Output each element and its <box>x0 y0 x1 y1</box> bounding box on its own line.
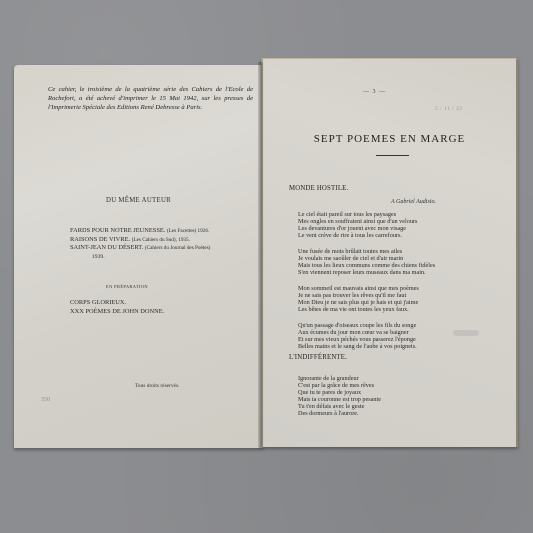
work-item: RAISONS DE VIVRE. (Les Cahiers du Sud), … <box>70 236 250 245</box>
in-preparation-list: CORPS GLORIEUX. XXX POÈMES DE JOHN DONNE… <box>70 298 164 316</box>
verse-line: Mes ongles en souffraient ainsi que d'un… <box>298 218 498 225</box>
section-title-monde-hostile: MONDE HOSTILE. <box>289 185 348 192</box>
work-note: (Les Facettes) 1926. <box>167 228 209 234</box>
work-title: SAINT-JEAN DU DÉSERT. <box>70 244 143 251</box>
in-preparation-label: EN PRÉPARATION <box>106 284 148 289</box>
verse-line: Mais ta couronne est trop pesante <box>298 396 381 403</box>
verse-line: Je voulais me saoûler de ciel et d'air m… <box>298 255 498 262</box>
stanza: Le ciel était pareil sur tous les paysag… <box>298 211 498 239</box>
dedication: A Gabriel Audisio. <box>391 199 436 205</box>
same-author-heading: DU MÊME AUTEUR <box>14 197 263 204</box>
right-page: — 3 — 5 / 11 / 22 SEPT POEMES EN MARGE M… <box>261 58 518 447</box>
verse-line: Tu t'en défais avec le geste <box>298 403 381 410</box>
work-note: (Cahiers du Journal des Poètes) <box>145 245 210 251</box>
poem-indifferente: Ignorante de la grandeur C'est par la gr… <box>298 375 381 418</box>
verse-line: Je ne sais pas trouver les rêves qu'il m… <box>298 292 498 299</box>
verse-line: S'en viennent reposer leurs museaux dans… <box>298 269 498 276</box>
verse-line: Des dormeurs à l'aurore. <box>298 410 381 417</box>
work-note: (Les Cahiers du Sud), 1935. <box>132 237 190 243</box>
colophon: Ce cahier, le troisième de la quatrième … <box>48 85 253 113</box>
stanza: Mon sommeil est mauvais ainsi que mes po… <box>298 285 498 313</box>
verse-line: Belles mains et le sang de l'aube à vos … <box>298 343 498 350</box>
verse-line: Une fusée de mots brûlait toutes mes ail… <box>298 248 498 255</box>
verse-line: Mon sommeil est mauvais ainsi que mes po… <box>298 285 498 292</box>
section-title-indifferente: L'INDIFFÉRENTE. <box>289 354 347 361</box>
left-page: Ce cahier, le troisième de la quatrième … <box>14 65 263 448</box>
verse-line: Le vent crève de rire à tous les carrefo… <box>298 232 498 239</box>
verse-line: Les bêtes de ma vie ont toutes les yeux … <box>298 306 498 313</box>
title-divider <box>376 155 409 156</box>
in-preparation-item: CORPS GLORIEUX. <box>70 298 164 307</box>
works-list: FARDS POUR NOTRE JEUNESSE. (Les Facettes… <box>70 227 250 261</box>
work-title: FARDS POUR NOTRE JEUNESSE. <box>70 227 165 234</box>
verse-line: Le ciel était pareil sur tous les paysag… <box>298 211 498 218</box>
stanza: Une fusée de mots brûlait toutes mes ail… <box>298 248 498 276</box>
verse-line: Et sur mes vieux péchés vous passerez l'… <box>298 336 498 343</box>
verse-line: Que tu te pares de joyaux <box>298 389 381 396</box>
work-year: 1939. <box>70 253 250 262</box>
page-number: — 3 — <box>363 89 386 95</box>
pencil-mark: 5 / 11 / 22 <box>435 106 463 112</box>
work-item: FARDS POUR NOTRE JEUNESSE. (Les Facettes… <box>70 227 250 236</box>
poem-collection-title: SEPT POEMES EN MARGE <box>263 133 516 145</box>
pencil-mark: 350 <box>41 397 50 403</box>
verse-line: Mais tous les lieux communs comme des ch… <box>298 262 498 269</box>
verse-line: Ignorante de la grandeur <box>298 375 381 382</box>
work-title: RAISONS DE VIVRE. <box>70 236 130 243</box>
pencil-smudge <box>453 330 479 336</box>
rights-notice: Tous droits réservés. <box>135 383 179 389</box>
verse-line: C'est par la grâce de mes rêves <box>298 382 381 389</box>
in-preparation-item: XXX POÈMES DE JOHN DONNE. <box>70 307 164 316</box>
poem-monde-hostile: Le ciel était pareil sur tous les paysag… <box>298 211 498 359</box>
work-item: SAINT-JEAN DU DÉSERT. (Cahiers du Journa… <box>70 244 250 261</box>
verse-line: Les devantures d'or jouent avec mon visa… <box>298 225 498 232</box>
spine-crease <box>258 62 264 448</box>
verse-line: Qu'un passage d'oiseaux coupe les fils d… <box>298 322 498 329</box>
verse-line: Mon Dieu je ne sais plus qui je hais et … <box>298 299 498 306</box>
